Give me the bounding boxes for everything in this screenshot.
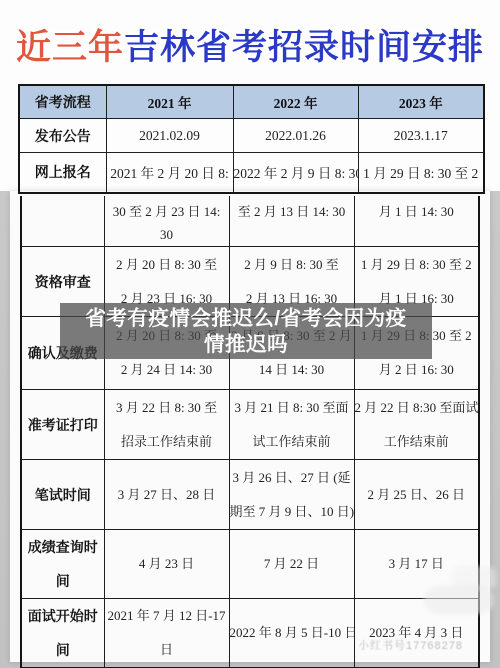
- page-title: 近三年吉林省考招录时间安排: [0, 20, 500, 70]
- row-label: 成绩查询时间: [21, 530, 104, 599]
- table-row: 笔试时间3 月 27 日、28 日3 月 26 日、27 日 (延期至 7 月 …: [21, 460, 479, 530]
- header-2023: 2023 年: [358, 85, 484, 119]
- row-label: 网上报名: [19, 153, 106, 193]
- schedule-cell: 至 2 月 13 日 14: 30: [229, 196, 354, 247]
- header-2021: 2021 年: [106, 85, 233, 119]
- schedule-table-top: 省考流程 2021 年 2022 年 2023 年 发布公告2021.02.09…: [18, 84, 485, 194]
- table-row: 成绩查询时间4 月 23 日7 月 22 日3 月 17 日: [21, 530, 479, 599]
- document-photo: 近三年吉林省考招录时间安排 省考流程 2021 年 2022 年 2023 年 …: [0, 0, 500, 668]
- table-row: 面试开始时间2021 年 7 月 12 日-17日2022 年 8 月 5 日-…: [21, 599, 479, 668]
- row-label: 面试开始时间: [21, 599, 104, 668]
- schedule-cell: 3 月 22 日 8: 30 至招录工作结束前: [104, 390, 229, 460]
- row-label: 笔试时间: [21, 460, 104, 530]
- title-main: 吉林省考招录时间安排: [124, 28, 484, 67]
- row-label: 发布公告: [19, 119, 106, 153]
- table-row: 网上报名2021 年 2 月 20 日 8:2022 年 2 月 9 日 8: …: [19, 153, 484, 193]
- header-2022: 2022 年: [233, 85, 358, 119]
- schedule-cell: 2023.1.17: [358, 119, 484, 153]
- blur-sticker-icon: [424, 586, 494, 614]
- watermark-line-2: 情推迟吗: [60, 332, 432, 358]
- table-row: 30 至 2 月 23 日 14:30至 2 月 13 日 14: 30月 1 …: [21, 196, 479, 247]
- schedule-cell: 2022.01.26: [233, 119, 358, 153]
- watermark-line-1: 省考有疫情会推迟么/省考会因为疫: [60, 306, 432, 332]
- schedule-cell: 2022 年 2 月 9 日 8: 30: [233, 153, 358, 193]
- watermark-overlay: 省考有疫情会推迟么/省考会因为疫 情推迟吗: [60, 303, 432, 359]
- schedule-cell: 30 至 2 月 23 日 14:30: [104, 196, 229, 247]
- schedule-cell: 3 月 21 日 8: 30 至面试工作结束前: [229, 390, 354, 460]
- schedule-cell: 2021.02.09: [106, 119, 233, 153]
- header-process: 省考流程: [19, 85, 106, 119]
- schedule-cell: 1 月 29 日 8: 30 至 2: [358, 153, 484, 193]
- schedule-cell: 2021 年 2 月 20 日 8:: [106, 153, 233, 193]
- schedule-cell: 2022 年 8 月 5 日-10 日: [229, 599, 354, 668]
- schedule-cell: 3 月 26 日、27 日 (延期至 7 月 9 日、10 日): [229, 460, 354, 530]
- schedule-cell: 4 月 23 日: [104, 530, 229, 599]
- schedule-cell: 3 月 27 日、28 日: [104, 460, 229, 530]
- title-highlight: 近三年: [16, 28, 124, 67]
- corner-watermark: 小红书号17768278: [358, 637, 498, 653]
- schedule-cell: 月 1 日 14: 30: [354, 196, 479, 247]
- table-header-row: 省考流程 2021 年 2022 年 2023 年: [19, 85, 484, 119]
- schedule-cell: 7 月 22 日: [229, 530, 354, 599]
- schedule-cell: 2 月 25 日、26 日: [354, 460, 479, 530]
- table-row: 发布公告2021.02.092022.01.262023.1.17: [19, 119, 484, 153]
- row-label: [21, 196, 104, 247]
- schedule-cell: 2021 年 7 月 12 日-17日: [104, 599, 229, 668]
- row-label: 准考证打印: [21, 390, 104, 460]
- schedule-cell: 2 月 22 日 8:30 至面试工作结束前: [354, 390, 479, 460]
- table-row: 准考证打印3 月 22 日 8: 30 至招录工作结束前3 月 21 日 8: …: [21, 390, 479, 460]
- schedule-table-main: 30 至 2 月 23 日 14:30至 2 月 13 日 14: 30月 1 …: [20, 196, 480, 668]
